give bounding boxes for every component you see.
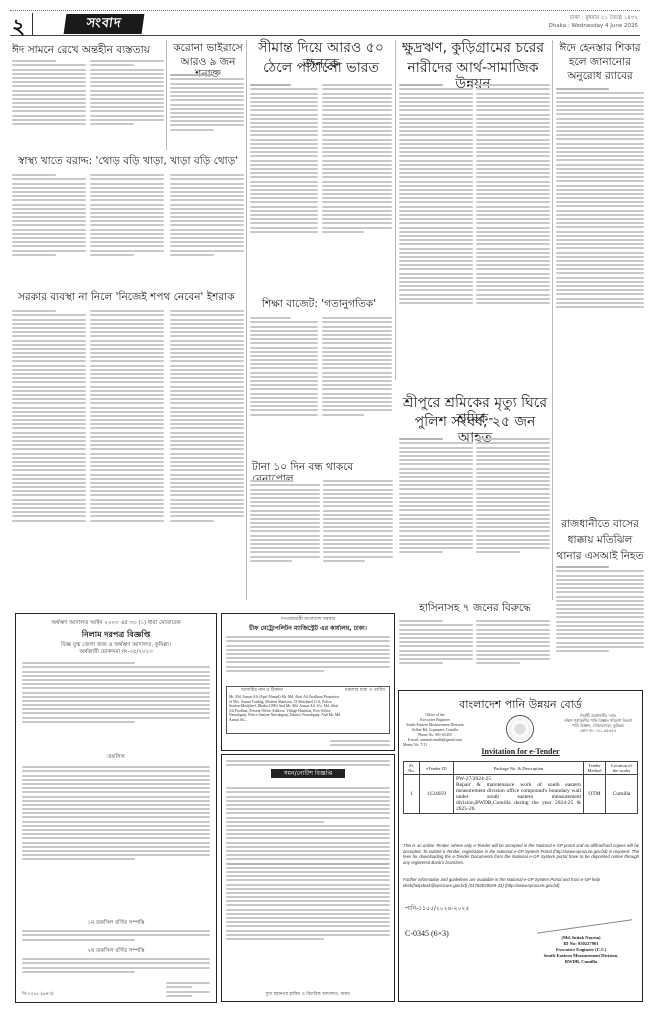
- headline-eid-harassment-1: ঈদে হেনস্তার শিকার: [555, 42, 645, 54]
- article-benapole-col-2: [323, 478, 393, 596]
- cell-sl: 1: [404, 775, 420, 814]
- cell-tender-id: 1124059: [420, 775, 454, 814]
- etender-instructions: This is an online Tender, where only e-T…: [403, 843, 639, 865]
- headline-hasina: হাসিনাসহ ৭ জনের বিরুদ্ধে: [398, 602, 552, 614]
- article-ishraque-col-3: [170, 308, 244, 598]
- headline-eid-busy: ঈদ সামনে রেখে অন্তহীন ব্যস্ততায়: [12, 44, 172, 56]
- bwdb-seal-logo: [506, 715, 534, 743]
- column-rule: [395, 40, 396, 380]
- signature-scribble: [536, 910, 632, 933]
- date-bangla: ঢাকা : বুধবার ২১ জ্যৈষ্ঠ ১৪৩২: [549, 14, 638, 22]
- article-eid-busy-col-1: [12, 58, 86, 150]
- headline-microcredit-1: ক্ষুদ্রঋণ, কুড়িগ্রামের চরের: [398, 40, 548, 56]
- article-health-col-3: [170, 172, 244, 284]
- col-header-location: Location of the works: [606, 762, 638, 775]
- article-ishraque-col-1: [12, 308, 86, 598]
- column-rule: [552, 40, 553, 600]
- article-benapole-col-1: [250, 478, 320, 596]
- column-rule: [166, 40, 167, 150]
- etender-table: Sl. No. eTender ID Package No. & Descrip…: [403, 761, 638, 814]
- headline-ishraque: সরকার ব্যবস্থা না নিলে 'নিজেই শপথ নেবেন'…: [18, 291, 248, 303]
- bwdb-etender-ad: বাংলাদেশ পানি উন্নয়ন বোর্ড Office of th…: [398, 690, 643, 1002]
- headline-border-2: ঠেলে পাঠালো ভারত: [248, 60, 394, 76]
- headline-capital-bus-2: ধাক্কায় মতিঝিল: [555, 534, 645, 546]
- article-sreepur-col-1: [399, 436, 473, 596]
- article-ishraque-col-2: [90, 308, 164, 598]
- article-eid-busy-col-2: [90, 58, 164, 150]
- etender-table-header: Sl. No. eTender ID Package No. & Descrip…: [404, 762, 638, 775]
- etender-table-row: 1 1124059 PW-27/2024-25 Repair & mainten…: [404, 775, 638, 814]
- court-notice-schedule-heading: তফসিল: [16, 754, 216, 761]
- date-english: Dhaka : Wednesday 4 June 2025: [549, 22, 638, 30]
- bwdb-ad-code: C-0345 (6×3): [405, 929, 449, 938]
- col-header-sl: Sl. No.: [404, 762, 420, 775]
- court-notice-law-line: অর্থঋণ আদালত আইন ২০০৩ এর ৩৩ (১) ধারা মোত…: [16, 620, 216, 627]
- headline-education-budget: শিক্ষা বাজেট: 'গতানুগতিক': [262, 298, 392, 310]
- summons-notice-ad: সমন/নোটিশ বিজ্ঞপ্তি মুখ্য মহানগর হাকিম ও…: [221, 754, 395, 1002]
- cmm-notice-accused-table: আসামির নাম ও ঠিকানা মামলার ধারা ও তারিখ …: [226, 686, 390, 734]
- court-notice-body-4: [22, 956, 210, 978]
- article-eid-harassment-body: [556, 86, 644, 380]
- headline-capital-bus-1: রাজধানীতে বাসের: [555, 518, 645, 530]
- cmm-notice-body: [226, 634, 390, 682]
- headline-capital-bus-3: থানার এসআই নিহত: [555, 550, 645, 562]
- cmm-notice-col-header-accused: আসামির নাম ও ঠিকানা: [241, 688, 283, 694]
- cmm-notice-office: চীফ মেট্রোপলিটন ম্যাজিস্ট্রেট এর কার্যাল…: [222, 623, 394, 634]
- article-microcredit-col-2: [476, 82, 550, 380]
- masthead-dotted-rule: [10, 10, 640, 11]
- court-notice-schedule-2: ২য় তফসিল বর্ণিত সম্পত্তি: [16, 948, 216, 955]
- etender-title: Invitation for e-Tender: [399, 747, 642, 756]
- court-notice-ad-code: বি-০৩৪৫ (৬×৩): [22, 992, 54, 998]
- col-header-package: Package No. & Description: [454, 762, 584, 775]
- court-notice-signature: [166, 980, 210, 998]
- cell-package: PW-27/2024-25 Repair & maintenance work …: [454, 775, 584, 814]
- cmm-notice-accused-text: Mr. Md. Asmat Ali (Apel Ahmed) Mr. Md. A…: [229, 695, 343, 733]
- bwdb-signatory: (Md. Intiak Nayem) ID No: 950227901 Exec…: [526, 935, 636, 965]
- bwdb-reference-no: পানি-১১৫৫/২০২৪-২০২৫: [405, 903, 469, 914]
- court-notice-body-2: [22, 764, 210, 904]
- cmm-notice-signature: [330, 738, 390, 748]
- article-microcredit-col-1: [399, 82, 473, 380]
- col-header-tender-id: eTender ID: [420, 762, 454, 775]
- headline-eid-harassment-2: হলে জানানোর: [555, 56, 645, 68]
- court-auction-notice-ad: অর্থঋণ আদালত আইন ২০০৩ এর ৩৩ (১) ধারা মোত…: [15, 613, 217, 1003]
- article-education-col-1: [250, 315, 318, 455]
- bwdb-office-en: Office of the Executive Engineer South-E…: [403, 713, 467, 748]
- col-header-method: Tender Method: [584, 762, 606, 775]
- article-education-col-2: [322, 315, 392, 455]
- page-number-divider: [32, 13, 33, 35]
- cell-method: OTM: [584, 775, 606, 814]
- page-number: ২: [12, 12, 25, 45]
- summons-notice-signature: মুখ্য মহানগর হাকিম ও বিচারিক আদালত, ঢাকা…: [222, 992, 394, 998]
- article-hasina-col-1: [399, 618, 473, 682]
- article-sreepur-col-2: [476, 436, 550, 596]
- article-health-col-1: [12, 172, 86, 284]
- cmm-court-notice-ad: গণপ্রজাতন্ত্রী বাংলাদেশ সরকার চীফ মেট্রো…: [221, 613, 395, 751]
- article-health-col-2: [90, 172, 164, 284]
- court-notice-case-no: অর্থজারী মোকদ্দমা নং-০৫/২০২৩: [16, 649, 216, 656]
- etender-further-info: Further information and guidelines are a…: [403, 877, 639, 888]
- signer-place: BWDB, Cumilla: [526, 959, 636, 965]
- summons-notice-title: সমন/নোটিশ বিজ্ঞপ্তি: [271, 769, 345, 778]
- headline-corona-1: করোনা ভাইরাসে: [168, 42, 248, 54]
- court-notice-body-3: [22, 928, 210, 946]
- column-rule: [246, 40, 247, 600]
- summons-notice-body: [226, 785, 390, 985]
- article-border-col-1: [250, 82, 318, 290]
- dateline: ঢাকা : বুধবার ২১ জ্যৈষ্ঠ ১৪৩২ Dhaka : We…: [549, 14, 638, 30]
- package-description: Repair & maintenance work of south easte…: [456, 782, 581, 812]
- article-hasina-col-2: [476, 618, 550, 682]
- cmm-notice-col-header-section: মামলার ধারা ও তারিখ: [345, 688, 385, 694]
- newspaper-logo: সংবাদ: [64, 14, 145, 34]
- bwdb-office-bn: নির্বাহী প্রকৌশলীর দপ্তর দক্ষিণ-পূর্বাঞ্…: [558, 713, 638, 733]
- cell-location: Cumilla: [606, 775, 638, 814]
- headline-eid-harassment-3: অনুরোধ র‍্যাবের: [555, 70, 645, 82]
- article-border-col-2: [322, 82, 392, 290]
- article-corona-body: [170, 72, 244, 150]
- headline-health-budget: স্বাস্থ্য খাতে বরাদ্দ: 'থোড় বড়ি খাড়া,…: [18, 155, 248, 167]
- summons-notice-header: [226, 758, 390, 768]
- article-capital-bus-body: [556, 564, 644, 684]
- court-notice-body-1: [22, 660, 210, 750]
- court-notice-title: নিলাম দরপত্র বিজ্ঞপ্তি: [16, 629, 216, 642]
- court-notice-schedule-1: ১ম তফসিল বর্ণিত সম্পত্তি: [16, 920, 216, 927]
- masthead: ২ সংবাদ ঢাকা : বুধবার ২১ জ্যৈষ্ঠ ১৪৩২ Dh…: [10, 10, 640, 36]
- court-notice-subtitle: বিজ্ঞ যুগ্ম জেলা জজ ও অর্থঋণ আদালত, কুমি…: [16, 642, 216, 649]
